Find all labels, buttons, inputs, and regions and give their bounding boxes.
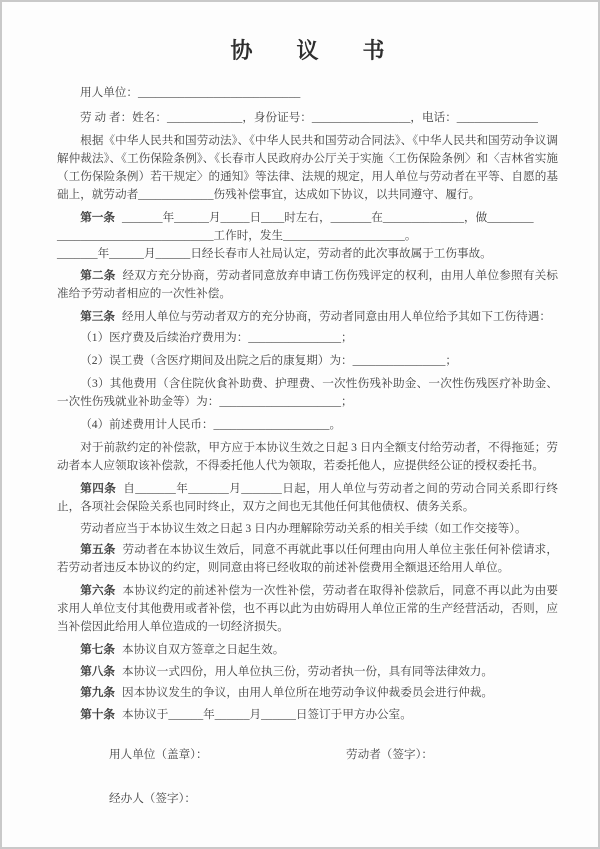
clause-10: 第十条本协议于______年______月______日签订于甲方办公室。: [57, 706, 558, 724]
procedure-paragraph: 劳动者应当于本协议生效之日起 3 日内办理解除劳动关系的相关手续（如工作交接等）…: [57, 520, 558, 538]
signature-employer: 用人单位（盖章）：: [109, 746, 346, 764]
clause-2: 第二条经双方充分协商，劳动者同意放弃申请工伤伤残评定的权利，由用人单位参照有关标…: [57, 267, 558, 303]
clause-6-label: 第六条: [80, 584, 115, 597]
employer-field-line: 用人单位：____________________________: [57, 82, 558, 103]
clause-6: 第六条本协议约定的前述补偿为一次性补偿，劳动者在取得补偿款后，同意不再以此为由要…: [57, 582, 558, 636]
clause-7-text: 本协议自双方签章之日起生效。: [122, 643, 284, 656]
clause-8-text: 本协议一式四份，用人单位执三份，劳动者执一份，具有同等法律效力。: [122, 665, 493, 678]
clause-8-label: 第八条: [80, 665, 115, 678]
clause-3: 第三条经用人单位与劳动者双方的充分协商，劳动者同意由用人单位给予其如下工伤待遇：: [57, 308, 558, 326]
signature-handler: 经办人（签字）：: [109, 790, 196, 808]
benefit-item-2: （2）误工费（含医疗期间及出院之后的康复期）为：________________…: [57, 352, 558, 370]
clause-6-text: 本协议约定的前述补偿为一次性补偿，劳动者在取得补偿款后，同意不再以此为由要求用人…: [57, 584, 558, 633]
clause-1-line-1-text: _______年______月_____日____时左右，_______在___…: [122, 211, 534, 224]
clause-9: 第九条因本协议发生的争议，由用人单位所在地劳动争议仲裁委员会进行仲裁。: [57, 684, 558, 702]
clause-1: 第一条_______年______月_____日____时左右，_______在…: [57, 209, 558, 263]
signature-worker: 劳动者（签字）：: [346, 746, 433, 764]
payment-terms-paragraph: 对于前款约定的补偿款，甲方应于本协议生效之日起 3 日内全额支付给劳动者，不得拖…: [57, 439, 558, 475]
clause-9-text: 因本协议发生的争议，由用人单位所在地劳动争议仲裁委员会进行仲裁。: [122, 686, 493, 699]
clause-10-text: 本协议于______年______月______日签订于甲方办公室。: [122, 708, 412, 721]
clause-1-line-2: ___________________________工作时，发生_______…: [57, 227, 558, 245]
clause-10-label: 第十条: [80, 708, 115, 721]
benefit-item-4: （4）前述费用计人民币：____________________。: [57, 416, 558, 434]
clause-9-label: 第九条: [80, 686, 115, 699]
benefit-item-1: （1）医疗费及后续治疗费用为：________________；: [57, 329, 558, 347]
clause-4: 第四条自_______年_______月_______日起，用人单位与劳动者之间…: [57, 480, 558, 516]
agreement-document-page: 协 议 书 用人单位：____________________________ …: [0, 0, 600, 849]
handler-signature-row: 经办人（签字）：: [57, 790, 558, 808]
signature-row: 用人单位（盖章）： 劳动者（签字）：: [57, 746, 558, 764]
benefit-item-3: （3）其他费用（含住院伙食补助费、护理费、一次性伤残补助金、一次性伤残医疗补助金…: [57, 375, 558, 411]
clause-5-text: 劳动者在本协议生效后，同意不再就此事以任何理由向用人单位主张任何补偿请求，若劳动…: [57, 543, 558, 574]
party-fields: 用人单位：____________________________ 劳 动 者：…: [57, 82, 558, 128]
clause-3-label: 第三条: [80, 310, 115, 323]
preamble-paragraph: 根据《中华人民共和国劳动法》、《中华人民共和国劳动合同法》、《中华人民共和国劳动…: [57, 132, 558, 204]
clause-4-text: 自_______年_______月_______日起，用人单位与劳动者之间的劳动…: [57, 482, 558, 513]
clause-2-text: 经双方充分协商，劳动者同意放弃申请工伤伤残评定的权利，由用人单位参照有关标准给予…: [57, 269, 558, 300]
clause-1-line-3: _______年______月______日经长春市人社局认定，劳动者的此次事故…: [57, 245, 558, 263]
worker-field-line: 劳 动 者：姓名：_____________，身份证号：____________…: [57, 107, 558, 128]
clause-3-text: 经用人单位与劳动者双方的充分协商，劳动者同意由用人单位给予其如下工伤待遇：: [122, 310, 551, 323]
clause-4-label: 第四条: [80, 482, 116, 495]
clause-1-line-1: 第一条_______年______月_____日____时左右，_______在…: [57, 209, 558, 227]
clause-7: 第七条本协议自双方签章之日起生效。: [57, 641, 558, 659]
clause-8: 第八条本协议一式四份，用人单位执三份，劳动者执一份，具有同等法律效力。: [57, 663, 558, 681]
document-title: 协 议 书: [57, 34, 558, 65]
clause-2-label: 第二条: [80, 269, 115, 282]
clause-5: 第五条劳动者在本协议生效后，同意不再就此事以任何理由向用人单位主张任何补偿请求，…: [57, 541, 558, 577]
clause-7-label: 第七条: [80, 643, 115, 656]
clause-1-label: 第一条: [80, 211, 115, 224]
clause-5-label: 第五条: [80, 543, 115, 556]
